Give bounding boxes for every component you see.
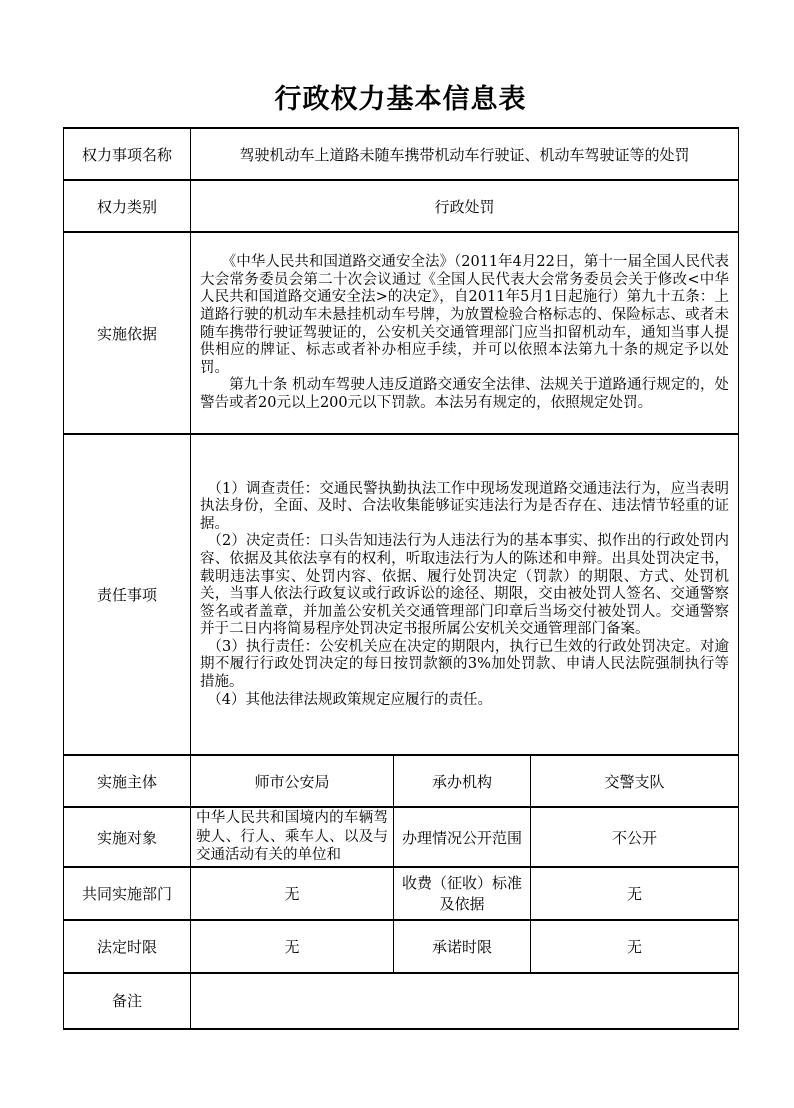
value-power-item-name: 驾驶机动车上道路未随车携带机动车行驶证、机动车驾驶证等的处罚 bbox=[191, 128, 739, 180]
value-promised-time-limit: 无 bbox=[531, 920, 739, 973]
table-row: 实施依据 《中华人民共和国道路交通安全法》（2011年4月22日，第十一届全国人… bbox=[64, 232, 739, 434]
label-implementation-object: 实施对象 bbox=[64, 807, 191, 867]
label-undertaking-organization: 承办机构 bbox=[394, 755, 531, 807]
value-fee-standard-and-basis: 无 bbox=[531, 867, 739, 920]
label-power-item-name: 权力事项名称 bbox=[64, 128, 191, 180]
value-statutory-time-limit: 无 bbox=[191, 920, 394, 973]
document-page: 行政权力基本信息表 权力事项名称 驾驶机动车上道路未随车携带机动车行驶证、机动车… bbox=[0, 0, 794, 1108]
label-joint-implementation-department: 共同实施部门 bbox=[64, 867, 191, 920]
table-row: 实施对象 中华人民共和国境内的车辆驾驶人、行人、乘车人、以及与交通活动有关的单位… bbox=[64, 807, 739, 867]
label-power-category: 权力类别 bbox=[64, 180, 191, 232]
page-title: 行政权力基本信息表 bbox=[63, 0, 738, 116]
table-row: 权力事项名称 驾驶机动车上道路未随车携带机动车行驶证、机动车驾驶证等的处罚 bbox=[64, 128, 739, 180]
value-implementation-object: 中华人民共和国境内的车辆驾驶人、行人、乘车人、以及与交通活动有关的单位和 bbox=[191, 807, 394, 867]
info-table: 权力事项名称 驾驶机动车上道路未随车携带机动车行驶证、机动车驾驶证等的处罚 权力… bbox=[63, 127, 739, 1030]
value-responsibility-items: （1）调查责任：交通民警执勤执法工作中现场发现道路交通违法行为，应当表明执法身份… bbox=[191, 434, 739, 755]
value-undertaking-organization: 交警支队 bbox=[531, 755, 739, 807]
table-row: 备注 bbox=[64, 973, 739, 1029]
label-statutory-time-limit: 法定时限 bbox=[64, 920, 191, 973]
label-promised-time-limit: 承诺时限 bbox=[394, 920, 531, 973]
label-implementation-basis: 实施依据 bbox=[64, 232, 191, 434]
table-row: 法定时限 无 承诺时限 无 bbox=[64, 920, 739, 973]
table-row: 共同实施部门 无 收费（征收）标准及依据 无 bbox=[64, 867, 739, 920]
label-remarks: 备注 bbox=[64, 973, 191, 1029]
value-power-category: 行政处罚 bbox=[191, 180, 739, 232]
value-disclosure-scope: 不公开 bbox=[531, 807, 739, 867]
value-implementation-subject: 师市公安局 bbox=[191, 755, 394, 807]
label-fee-standard-and-basis: 收费（征收）标准及依据 bbox=[394, 867, 531, 920]
table-row: 权力类别 行政处罚 bbox=[64, 180, 739, 232]
label-implementation-subject: 实施主体 bbox=[64, 755, 191, 807]
table-row: 实施主体 师市公安局 承办机构 交警支队 bbox=[64, 755, 739, 807]
label-responsibility-items: 责任事项 bbox=[64, 434, 191, 755]
label-disclosure-scope: 办理情况公开范围 bbox=[394, 807, 531, 867]
value-joint-implementation-department: 无 bbox=[191, 867, 394, 920]
table-row: 责任事项 （1）调查责任：交通民警执勤执法工作中现场发现道路交通违法行为，应当表… bbox=[64, 434, 739, 755]
value-remarks bbox=[191, 973, 739, 1029]
value-implementation-basis: 《中华人民共和国道路交通安全法》（2011年4月22日，第十一届全国人民代表大会… bbox=[191, 232, 739, 434]
